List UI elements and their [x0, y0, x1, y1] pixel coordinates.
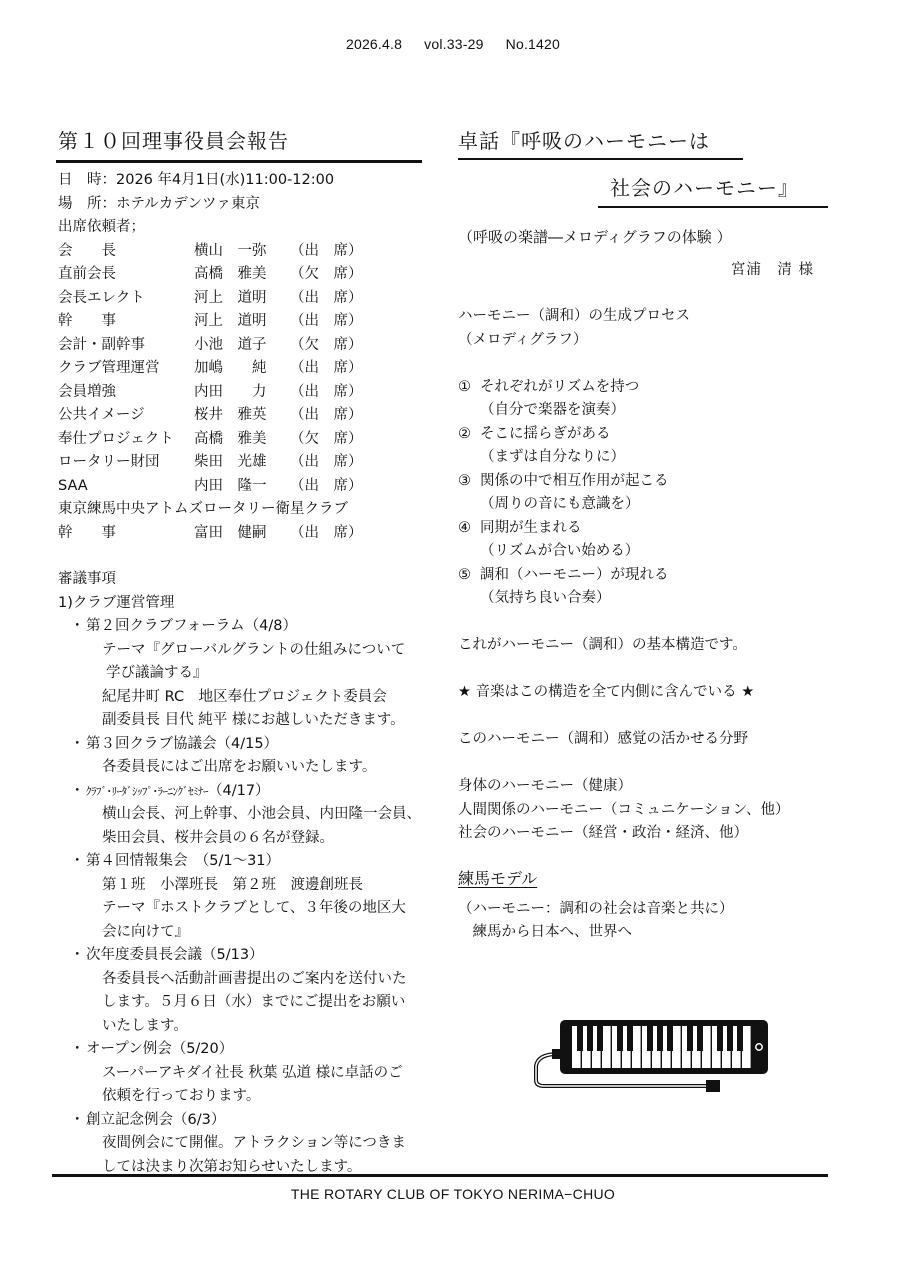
attendee-name: 河上 道明 [194, 310, 290, 334]
attendee-status: （欠 席） [290, 263, 363, 287]
agenda-item-line: 夜間例会にて開催。アトラクション等につきま [72, 1132, 430, 1156]
speech-body: ハーモニー（調和）の生成プロセス （メロディグラフ） ①それぞれがリズムを持つ … [458, 305, 838, 846]
process-subtitle: （メロディグラフ） [458, 329, 838, 353]
attendee-row: ロータリー財団 柴田 光雄 （出 席） [58, 451, 430, 475]
attendee-name: 加嶋 純 [194, 357, 290, 381]
attendee-status: （欠 席） [290, 334, 363, 358]
process-step: ④同期が生まれる （リズムが合い始める） [458, 517, 838, 564]
model-line: 練馬から日本へ、世界へ [458, 921, 838, 945]
attendee-list: 会 長 横山 一弥 （出 席） 直前会長 高橋 雅美 （欠 席） 会長エレクト … [58, 240, 430, 546]
step-text: そこに揺らぎがある [480, 423, 611, 447]
agenda-item-line: 副委員長 目代 純平 様にお越しいただきます。 [72, 709, 430, 733]
speech-title-line2: 社会のハーモニー』 [458, 173, 838, 203]
agenda-section: 1)クラブ運営管理 [58, 592, 430, 616]
attendee-status: （出 席） [290, 310, 363, 334]
attendee-row: SAA 内田 隆一 （出 席） [58, 475, 430, 499]
attendee-status: （出 席） [290, 404, 363, 428]
attendee-role: 会長エレクト [58, 287, 194, 311]
nerima-model-body: （ハーモニー：調和の社会は音楽と共に） 練馬から日本へ、世界へ [458, 898, 838, 945]
agenda-item-line: スーパーアキダイ社長 秋葉 弘道 様に卓話のご [72, 1062, 430, 1086]
field-item: 社会のハーモニー（経営・政治・経済、他） [458, 822, 838, 846]
agenda-label: 審議事項 [58, 568, 430, 592]
step-number: ① [458, 376, 480, 400]
attendee-role: 直前会長 [58, 263, 194, 287]
step-text: 調和（ハーモニー）が現れる [480, 564, 669, 588]
agenda-item: 創立記念例会（6/3） 夜間例会にて開催。アトラクション等につきま しては決まり… [58, 1109, 430, 1180]
agenda-item-head: オープン例会（5/20） [72, 1038, 430, 1062]
attendee-status: （出 席） [290, 381, 363, 405]
attendee-status: （出 席） [290, 522, 363, 546]
nerima-model-heading: 練馬モデル [458, 866, 838, 892]
agenda-item: オープン例会（5/20） スーパーアキダイ社長 秋葉 弘道 様に卓話のご 依頼を… [58, 1038, 430, 1109]
club-name-footer: THE ROTARY CLUB OF TOKYO NERIMA−CHUO [0, 1186, 906, 1202]
attendee-role: 幹 事 [58, 522, 194, 546]
speech-title-line1: 卓話『呼吸のハーモニーは [458, 126, 838, 156]
agenda-item-head: 第４回情報集会 （5/1～31） [72, 850, 430, 874]
attendee-role: クラブ管理運営 [58, 357, 194, 381]
agenda-item-line: いたします。 [72, 1015, 430, 1039]
title-underline-1 [458, 158, 743, 160]
agenda: 審議事項 1)クラブ運営管理 第２回クラブフォーラム（4/8） テーマ『グローバ… [58, 568, 430, 1179]
attendee-role: 奉仕プロジェクト [58, 428, 194, 452]
attendee-status: （出 席） [290, 240, 363, 264]
attendee-status: （出 席） [290, 451, 363, 475]
attendee-row: 会計・副幹事 小池 道子 （欠 席） [58, 334, 430, 358]
meeting-datetime: 日 時：2026 年4月1日(水)11:00-12:00 [58, 169, 430, 193]
attendee-row: 公共イメージ 桜井 雅英 （出 席） [58, 404, 430, 428]
step-number: ② [458, 423, 480, 447]
attendee-role: 公共イメージ [58, 404, 194, 428]
attendee-role: 会員増強 [58, 381, 194, 405]
footer-divider [52, 1174, 828, 1177]
step-subtext: （周りの音にも意識を） [458, 493, 838, 517]
step-number: ⑤ [458, 564, 480, 588]
attendee-row: 幹 事 河上 道明 （出 席） [58, 310, 430, 334]
attendee-row: 会長エレクト 河上 道明 （出 席） [58, 287, 430, 311]
board-meeting-report: 第１０回理事役員会報告 日 時：2026 年4月1日(水)11:00-12:00… [58, 126, 430, 1179]
agenda-item: 第４回情報集会 （5/1～31） 第１班 小澤班長 第２班 渡邊創班長 テーマ『… [58, 850, 430, 944]
step-text: 同期が生まれる [480, 517, 582, 541]
issue-header: 2026.4.8 vol.33-29 No.1420 [0, 36, 906, 52]
title-underline-2 [598, 206, 828, 208]
agenda-item-line: 柴田会員、桜井会員の６名が登録。 [72, 827, 430, 851]
speaker-name: 宮浦 清 様 [458, 258, 838, 279]
step-number: ④ [458, 517, 480, 541]
music-note-text: ★ 音楽はこの構造を全て内側に含んでいる ★ [458, 681, 838, 705]
agenda-item-line: 各委員長にはご出席をお願いいたします。 [72, 756, 430, 780]
report-title: 第１０回理事役員会報告 [58, 126, 430, 156]
attendee-role: 会計・副幹事 [58, 334, 194, 358]
attendee-status: （欠 席） [290, 428, 363, 452]
attendee-name: 富田 健嗣 [194, 522, 290, 546]
seminar-date: （4/17） [208, 783, 270, 799]
seminar-name: ｸﾗﾌﾞ･ﾘｰﾀﾞｼｯﾌﾟ･ﾗｰﾆﾝｸﾞｾﾐﾅｰ [86, 785, 208, 798]
attendee-role: SAA [58, 475, 194, 499]
step-subtext: （気持ち良い合奏） [458, 587, 838, 611]
attendee-status: （出 席） [290, 287, 363, 311]
process-step: ②そこに揺らぎがある （まずは自分なりに） [458, 423, 838, 470]
attendee-row: 直前会長 高橋 雅美 （欠 席） [58, 263, 430, 287]
title-divider [56, 160, 422, 163]
attendee-name: 小池 道子 [194, 334, 290, 358]
attendee-role: ロータリー財団 [58, 451, 194, 475]
attendee-name: 河上 道明 [194, 287, 290, 311]
agenda-item-line: 会に向けて』 [72, 921, 430, 945]
attendee-row: クラブ管理運営 加嶋 純 （出 席） [58, 357, 430, 381]
agenda-item: 第２回クラブフォーラム（4/8） テーマ『グローバルグラントの仕組みについて 学… [58, 615, 430, 733]
agenda-item-head: 次年度委員長会議（5/13） [72, 944, 430, 968]
attendee-name: 内田 隆一 [194, 475, 290, 499]
agenda-item-head: 創立記念例会（6/3） [72, 1109, 430, 1133]
attendee-row: 会 長 横山 一弥 （出 席） [58, 240, 430, 264]
process-step: ①それぞれがリズムを持つ （自分で楽器を演奏） [458, 376, 838, 423]
agenda-item-line: テーマ『グローバルグラントの仕組みについて [72, 639, 430, 663]
step-subtext: （リズムが合い始める） [458, 540, 838, 564]
process-title: ハーモニー（調和）の生成プロセス [458, 305, 838, 329]
agenda-item-head: 第３回クラブ協議会（4/15） [72, 733, 430, 757]
meeting-place: 場 所：ホテルカデンツァ東京 [58, 193, 430, 217]
attendee-status: （出 席） [290, 475, 363, 499]
issue-volume: vol.33-29 [424, 36, 483, 52]
speech-subtitle: （呼吸の楽譜―メロディグラフの体験 ） [458, 226, 838, 248]
attendee-status: （出 席） [290, 357, 363, 381]
agenda-item: ｸﾗﾌﾞ･ﾘｰﾀﾞｼｯﾌﾟ･ﾗｰﾆﾝｸﾞｾﾐﾅｰ（4/17） 横山会長、河上幹事… [58, 780, 430, 851]
attendee-name: 内田 力 [194, 381, 290, 405]
field-item: 身体のハーモニー（健康） [458, 775, 838, 799]
step-text: それぞれがリズムを持つ [480, 376, 639, 400]
agenda-item-line: 依頼を行っております。 [72, 1085, 430, 1109]
agenda-item-head: ｸﾗﾌﾞ･ﾘｰﾀﾞｼｯﾌﾟ･ﾗｰﾆﾝｸﾞｾﾐﾅｰ（4/17） [72, 780, 430, 804]
field-item: 人間関係のハーモニー（コミュニケーション、他） [458, 799, 838, 823]
meeting-info: 日 時：2026 年4月1日(水)11:00-12:00 場 所：ホテルカデンツ… [58, 169, 430, 240]
attendees-label: 出席依頼者； [58, 216, 430, 240]
agenda-item-line: 各委員長へ活動計画書提出のご案内を送付いた [72, 968, 430, 992]
agenda-item: 次年度委員長会議（5/13） 各委員長へ活動計画書提出のご案内を送付いた します… [58, 944, 430, 1038]
agenda-item: 第３回クラブ協議会（4/15） 各委員長にはご出席をお願いいたします。 [58, 733, 430, 780]
process-step: ③関係の中で相互作用が起こる （周りの音にも意識を） [458, 470, 838, 517]
issue-number: No.1420 [506, 36, 560, 52]
satellite-club-name: 東京練馬中央アトムズロータリー衛星クラブ [58, 498, 430, 522]
fields-title: このハーモニー（調和）感覚の活かせる分野 [458, 728, 838, 752]
agenda-item-line: 横山会長、河上幹事、小池会員、内田隆一会員、 [72, 803, 430, 827]
process-step: ⑤調和（ハーモニー）が現れる （気持ち良い合奏） [458, 564, 838, 611]
melodica-icon [520, 1016, 770, 1096]
attendee-name: 高橋 雅美 [194, 428, 290, 452]
agenda-item-line: 紀尾井町 RC 地区奉仕プロジェクト委員会 [72, 686, 430, 710]
step-subtext: （まずは自分なりに） [458, 446, 838, 470]
attendee-name: 桜井 雅英 [194, 404, 290, 428]
attendee-name: 柴田 光雄 [194, 451, 290, 475]
attendee-row: 奉仕プロジェクト 高橋 雅美 （欠 席） [58, 428, 430, 452]
agenda-item-line: テーマ『ホストクラブとして、３年後の地区大 [72, 897, 430, 921]
step-text: 関係の中で相互作用が起こる [480, 470, 669, 494]
model-line: （ハーモニー：調和の社会は音楽と共に） [458, 898, 838, 922]
attendee-role: 幹 事 [58, 310, 194, 334]
attendee-name: 横山 一弥 [194, 240, 290, 264]
agenda-item-line: します。５月６日（水）までにご提出をお願い [72, 991, 430, 1015]
agenda-item-line: 学び議論する』 [72, 662, 430, 686]
issue-date: 2026.4.8 [346, 36, 402, 52]
attendee-row: 幹 事 富田 健嗣 （出 席） [58, 522, 430, 546]
step-subtext: （自分で楽器を演奏） [458, 399, 838, 423]
attendee-name: 高橋 雅美 [194, 263, 290, 287]
speech-article: 卓話『呼吸のハーモニーは 社会のハーモニー』 （呼吸の楽譜―メロディグラフの体験… [458, 126, 838, 945]
agenda-item-line: 第１班 小澤班長 第２班 渡邊創班長 [72, 874, 430, 898]
attendee-row: 会員増強 内田 力 （出 席） [58, 381, 430, 405]
basic-structure-text: これがハーモニー（調和）の基本構造です。 [458, 634, 838, 658]
attendee-role: 会 長 [58, 240, 194, 264]
agenda-item-head: 第２回クラブフォーラム（4/8） [72, 615, 430, 639]
step-number: ③ [458, 470, 480, 494]
